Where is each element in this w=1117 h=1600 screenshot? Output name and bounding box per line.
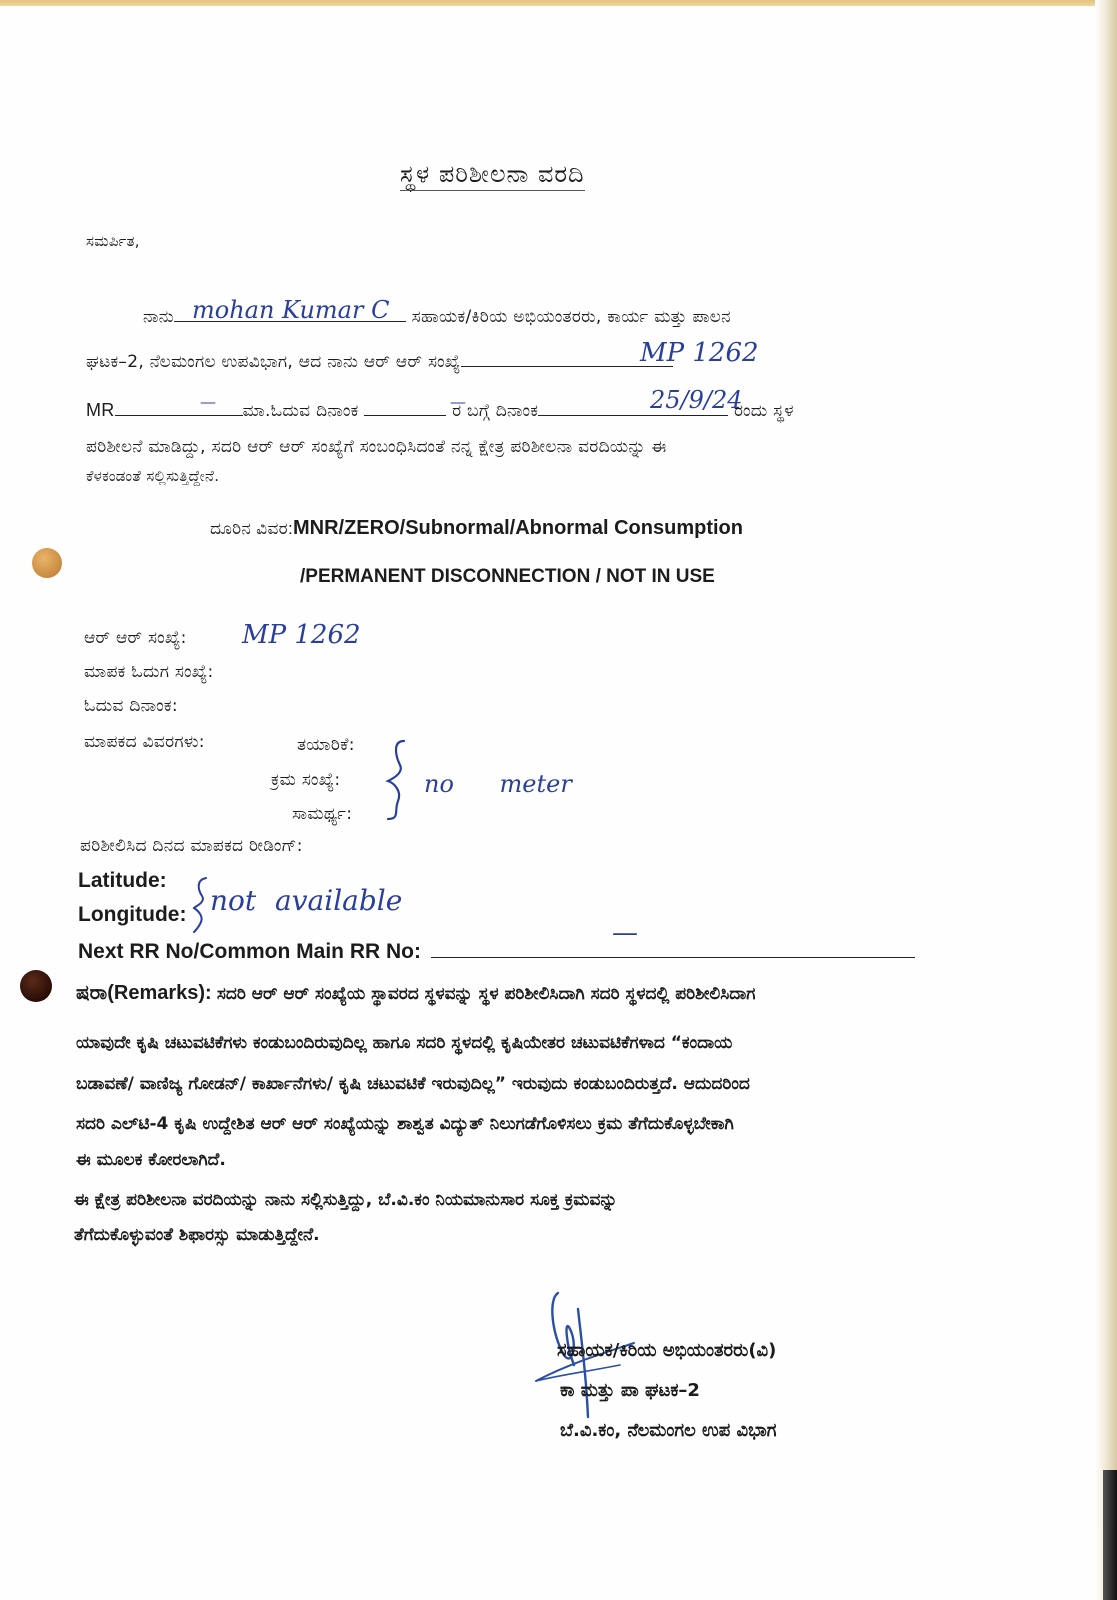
- capacity-label: ಸಾಮರ್ಥ್ಯ:: [292, 804, 352, 824]
- remarks-line-3: ಬಡಾವಣೆ/ ವಾಣಿಜ್ಯ ಗೋಡನ್/ ಕಾರ್ಖಾನೆಗಳು/ ಕೃಷಿ…: [76, 1074, 750, 1094]
- latitude-label: Latitude:: [78, 869, 167, 893]
- intro-line-4: ಪರಿಶೀಲನೆ ಮಾಡಿದ್ದು, ಸದರಿ ಆರ್ ಆರ್ ಸಂಖ್ಯೆಗೆ…: [86, 437, 667, 457]
- serial-no-label: ಕ್ರಮ ಸಂಖ್ಯೆ:: [271, 770, 340, 790]
- intro-line-2: ಘಟಕ–2, ನೆಲಮಂಗಲ ಉಪವಿಭಾಗ, ಆದ ನಾನು ಆರ್ ಆರ್ …: [86, 352, 673, 372]
- next-rr-label-text: Next RR No/Common Main RR No:: [78, 940, 421, 963]
- reading-date-label: ಓದುವ ದಿನಾಂಕ:: [84, 696, 178, 716]
- rr-no-value: MP 1262: [242, 620, 361, 650]
- name-handwritten: mohan Kumar C: [192, 296, 389, 324]
- complaint-types: MNR/ZERO/Subnormal/Abnormal Consumption: [293, 517, 743, 539]
- reading-date-handwritten: —: [450, 392, 466, 411]
- remarks-line-1: ಷರಾ(Remarks): ಸದರಿ ಆರ್ ಆರ್ ಸಂಖ್ಯೆಯ ಸ್ಥಾವ…: [76, 982, 755, 1005]
- meter-details-label: ಮಾಪಕದ ವಿವರಗಳು:: [84, 732, 205, 752]
- curly-brace-icon: [380, 735, 416, 825]
- salutation: ಸಮರ್ಪಿತ,: [86, 232, 140, 250]
- mr-field: [115, 415, 243, 416]
- remarks-text: ಸದರಿ ಆರ್ ಆರ್ ಸಂಖ್ಯೆಯ ಸ್ಥಾವರದ ಸ್ಥಳವನ್ನು ಸ…: [217, 984, 756, 1004]
- next-rr-field: [431, 957, 915, 958]
- remarks-line-4: ಸದರಿ ಎಲ್‌ಟಿ-4 ಕೃಷಿ ಉದ್ದೇಶಿತ ಆರ್ ಆರ್ ಸಂಖ್…: [76, 1114, 734, 1134]
- lat-long-value: not available: [210, 884, 402, 917]
- remarks-line-2: ಯಾವುದೇ ಕೃಷಿ ಚಟುವಟಿಕೆಗಳು ಕಂಡುಬಂದಿರುವುದಿಲ್…: [76, 1033, 732, 1053]
- page-title: ಸ್ಥಳ ಪರಿಶೀಲನಾ ವರದಿ: [400, 160, 585, 191]
- remarks-label: ಷರಾ(Remarks):: [76, 982, 212, 1004]
- signatory-office: ಬೆ.ವಿ.ಕಂ, ನೆಲಮಂಗಲ ಉಪ ವಿಭಾಗ: [560, 1420, 777, 1441]
- make-label: ತಯಾರಿಕೆ:: [297, 735, 355, 755]
- intro-line-5: ಕೆಳಕಂಡಂತೆ ಸಲ್ಲಿಸುತ್ತಿದ್ದೇನೆ.: [86, 467, 219, 485]
- complaint-details: ದೂರಿನ ವಿವರ:MNR/ZERO/Subnormal/Abnormal C…: [210, 517, 743, 540]
- paper-right-edge: [1095, 0, 1117, 1600]
- rr-no-label: ಆರ್ ಆರ್ ಸಂಖ್ಯೆ:: [84, 628, 187, 648]
- rr-no-handwritten: MP 1262: [640, 338, 759, 368]
- complaint-label: ದೂರಿನ ವಿವರ:: [210, 519, 293, 538]
- longitude-label: Longitude:: [78, 903, 186, 927]
- closing-line-2: ತೆಗೆದುಕೊಳ್ಳುವಂತೆ ಶಿಫಾರಸ್ಸು ಮಾಡುತ್ತಿದ್ದೇನ…: [74, 1225, 320, 1245]
- intro-line-1-suffix: ಸಹಾಯಕ/ಕಿರಿಯ ಅಭಿಯಂತರರು, ಕಾರ್ಯ ಮತ್ತು ಪಾಲನ: [412, 307, 731, 327]
- meter-reader-no-label: ಮಾಪಕ ಓದುಗ ಸಂಖ್ಯೆ:: [84, 662, 214, 682]
- reading-on-inspection-label: ಪರಿಶೀಲಿಸಿದ ದಿನದ ಮಾಪಕದ ರೀಡಿಂಗ್:: [80, 836, 303, 856]
- mr-label: MR: [86, 400, 115, 420]
- intro-line-2-text: ಘಟಕ–2, ನೆಲಮಂಗಲ ಉಪವಿಭಾಗ, ಆದ ನಾನು ಆರ್ ಆರ್ …: [86, 352, 461, 372]
- meter-details-value: no meter: [424, 770, 572, 798]
- closing-line-1: ಈ ಕ್ಷೇತ್ರ ಪರಿಶೀಲನಾ ವರದಿಯನ್ನು ನಾನು ಸಲ್ಲಿಸ…: [74, 1190, 618, 1210]
- mr-handwritten: —: [200, 392, 216, 411]
- reading-date-label: ಮಾ.ಓದುವ ದಿನಾಂಕ: [243, 401, 359, 421]
- remarks-line-5: ಈ ಮೂಲಕ ಕೋರಲಾಗಿದೆ.: [76, 1150, 226, 1170]
- scan-shadow: [1103, 1470, 1117, 1600]
- signatory-designation: ಸಹಾಯಕ/ಕಿರಿಯ ಅಭಿಯಂತರರು(ವಿ): [557, 1340, 776, 1361]
- complaint-types-line-2: /PERMANENT DISCONNECTION / NOT IN USE: [300, 566, 715, 588]
- signatory-unit: ಕಾ ಮತ್ತು ಪಾ ಘಟಕ–2: [560, 1380, 700, 1401]
- inspection-date-handwritten: 25/9/24: [650, 386, 743, 414]
- punch-hole-top: [32, 548, 62, 578]
- next-rr-handwritten: —: [612, 918, 638, 948]
- reading-date-field: [364, 415, 446, 416]
- inspection-date-field: [538, 415, 728, 416]
- punch-hole-bottom: [20, 970, 52, 1002]
- next-rr-label: Next RR No/Common Main RR No:: [78, 940, 915, 964]
- intro-prefix: ನಾನು: [143, 307, 174, 327]
